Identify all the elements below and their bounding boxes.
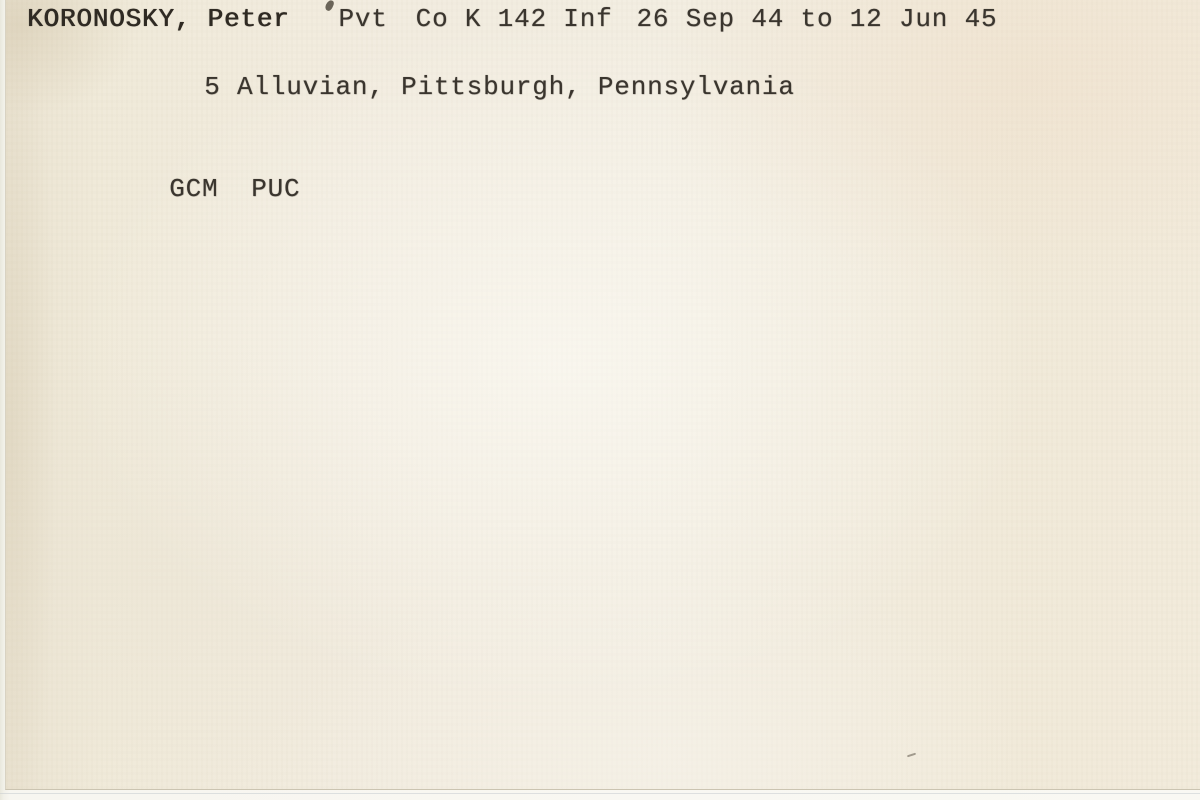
service-record-line: KORONOSKY, Peter Pvt Co K 142 Inf 26 Sep… xyxy=(27,2,997,36)
index-card: KORONOSKY, Peter Pvt Co K 142 Inf 26 Sep… xyxy=(5,0,1200,790)
military-unit: Co K 142 Inf xyxy=(416,2,613,36)
soldier-name: KORONOSKY, Peter xyxy=(27,2,289,36)
scanner-edge-line xyxy=(0,793,1200,794)
soldier-rank: Pvt xyxy=(338,2,387,36)
awards-line: GCM PUC xyxy=(38,138,997,240)
home-address: 5 Alluvian, Pittsburgh, Pennsylvania xyxy=(204,72,795,102)
service-dates: 26 Sep 44 to 12 Jun 45 xyxy=(637,2,998,36)
scan-background: KORONOSKY, Peter Pvt Co K 142 Inf 26 Sep… xyxy=(0,0,1200,800)
awards-abbreviations: GCM PUC xyxy=(169,174,300,204)
typed-text-block: KORONOSKY, Peter Pvt Co K 142 Inf 26 Sep… xyxy=(27,2,997,240)
paper-speck xyxy=(907,753,916,758)
address-line: 5 Alluvian, Pittsburgh, Pennsylvania xyxy=(73,36,997,138)
